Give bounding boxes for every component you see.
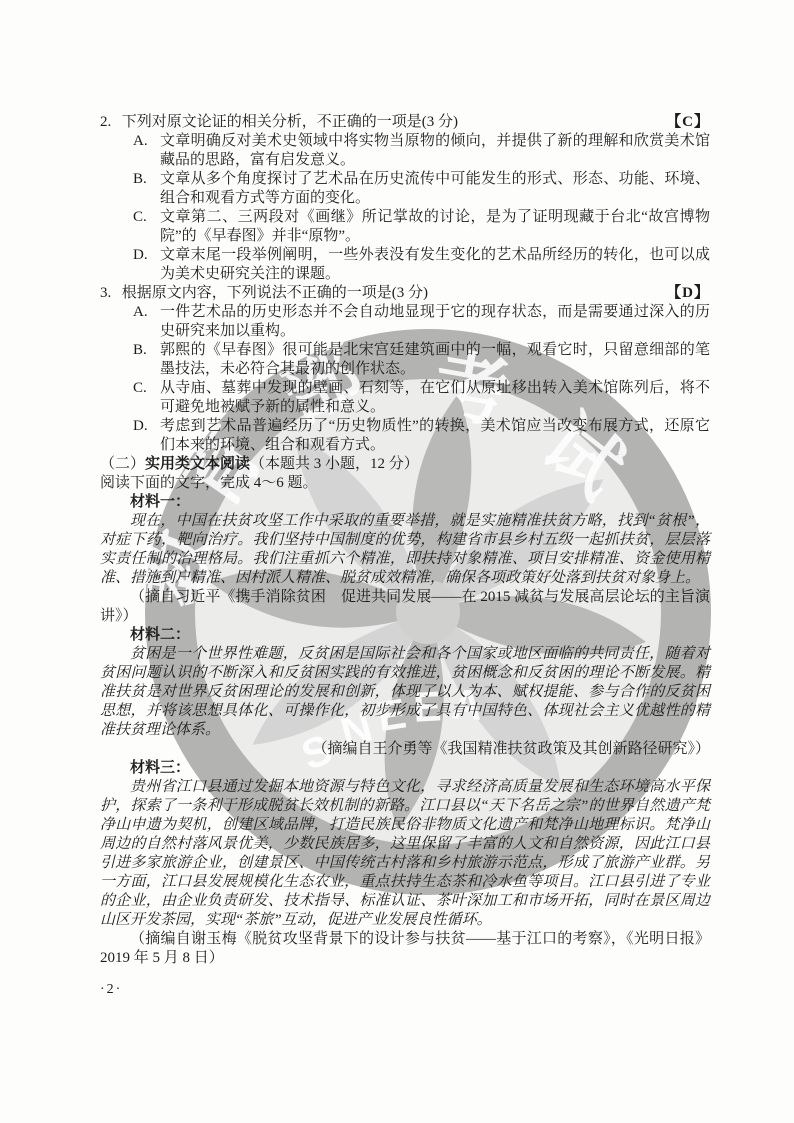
question-2-stem-text: 下列对原文论证的相关分析，不正确的一项是(3 分): [122, 114, 458, 130]
option-text: 一件艺术品的历史形态并不会自动地显现于它的现存状态，而是需要通过深入的历史研究来…: [160, 304, 710, 339]
option-label: A.: [133, 132, 148, 151]
material-2-attribution: （摘编自王介勇等《我国精准扶贫政策及其创新路径研究》）: [100, 740, 710, 759]
option-text: 文章从多个角度探讨了艺术品在历史流传中可能发生的形式、形态、功能、环境、组合和观…: [160, 171, 710, 206]
option-label: D.: [133, 246, 148, 265]
exam-page: 教 育 部 考 试 S N E E A 【C】 2. 下列对原文论证的相关分析，…: [0, 0, 794, 1123]
option-text: 文章明确反对美术史领域中将实物当原物的倾向，并提供了新的理解和欣赏美术馆藏品的思…: [160, 133, 710, 168]
option-text: 文章第二、三两段对《画继》所记掌故的讨论，是为了证明现藏于台北“故宫博物院”的《…: [160, 209, 710, 244]
material-3-title: 材料三：: [100, 759, 710, 778]
material-1-title: 材料一：: [100, 493, 710, 512]
question-2-option-b: B. 文章从多个角度探讨了艺术品在历史流传中可能发生的形式、形态、功能、环境、组…: [133, 170, 710, 208]
option-text: 文章末尾一段举例阐明，一些外表没有发生变化的艺术品所经历的转化，也可以成为美术史…: [160, 247, 710, 282]
option-label: C.: [133, 208, 147, 227]
question-3-option-c: C. 从寺庙、墓葬中发现的壁画、石刻等，在它们从原址移出转入美术馆陈列后，将不可…: [133, 379, 710, 417]
option-text: 考虑到艺术品普遍经历了“历史物质性”的转换，美术馆应当改变布展方式，还原它们本来…: [160, 418, 710, 453]
option-label: A.: [133, 303, 148, 322]
question-3-option-a: A. 一件艺术品的历史形态并不会自动地显现于它的现存状态，而是需要通过深入的历史…: [133, 303, 710, 341]
question-3-answer-key: 【D】: [666, 284, 710, 303]
section-title: 实用类文本阅读: [145, 456, 250, 472]
question-3-stem: 【D】 3. 根据原文内容，下列说法不正确的一项是(3 分): [100, 284, 710, 303]
material-3-body: 贵州省江口县通过发掘本地资源与特色文化，寻求经济高质量发展和生态环境高水平保护，…: [100, 778, 710, 930]
option-label: C.: [133, 379, 147, 398]
page-number: ·2·: [100, 982, 122, 998]
exam-content: 【C】 2. 下列对原文论证的相关分析，不正确的一项是(3 分) A. 文章明确…: [100, 113, 710, 968]
material-1-attribution: （摘自习近平《携手消除贫困 促进共同发展——在 2015 减贫与发展高层论坛的主…: [100, 588, 710, 626]
question-2-number: 2.: [100, 113, 118, 132]
question-2: 【C】 2. 下列对原文论证的相关分析，不正确的一项是(3 分) A. 文章明确…: [100, 113, 710, 284]
option-text: 从寺庙、墓葬中发现的壁画、石刻等，在它们从原址移出转入美术馆陈列后，将不可避免地…: [160, 380, 710, 415]
question-3-option-b: B. 郭熙的《早春图》很可能是北宋宫廷建筑画中的一幅，观看它时，只留意细部的笔墨…: [133, 341, 710, 379]
question-2-option-c: C. 文章第二、三两段对《画继》所记掌故的讨论，是为了证明现藏于台北“故宫博物院…: [133, 208, 710, 246]
question-3-option-d: D. 考虑到艺术品普遍经历了“历史物质性”的转换，美术馆应当改变布展方式，还原它…: [133, 417, 710, 455]
option-label: D.: [133, 417, 148, 436]
question-2-answer-key: 【C】: [666, 113, 710, 132]
option-label: B.: [133, 170, 147, 189]
section-suffix: （本题共 3 小题，12 分）: [250, 456, 419, 472]
section-instruction: 阅读下面的文字，完成 4～6 题。: [100, 474, 710, 493]
question-2-option-d: D. 文章末尾一段举例阐明，一些外表没有发生变化的艺术品所经历的转化，也可以成为…: [133, 246, 710, 284]
question-3: 【D】 3. 根据原文内容，下列说法不正确的一项是(3 分) A. 一件艺术品的…: [100, 284, 710, 455]
option-label: B.: [133, 341, 147, 360]
option-text: 郭熙的《早春图》很可能是北宋宫廷建筑画中的一幅，观看它时，只留意细部的笔墨技法，…: [160, 342, 710, 377]
question-3-stem-text: 根据原文内容，下列说法不正确的一项是(3 分): [122, 285, 428, 301]
material-2-body: 贫困是一个世界性难题，反贫困是国际社会和各个国家或地区面临的共同责任，随着对贫困…: [100, 645, 710, 740]
question-3-number: 3.: [100, 284, 118, 303]
section-prefix: （二）: [100, 456, 145, 472]
question-2-stem: 【C】 2. 下列对原文论证的相关分析，不正确的一项是(3 分): [100, 113, 710, 132]
material-3-attribution: （摘编自谢玉梅《脱贫攻坚背景下的设计参与扶贫——基于江口的考察》，《光明日报》2…: [100, 930, 710, 968]
material-1-body: 现在，中国在扶贫攻坚工作中采取的重要举措，就是实施精准扶贫方略，找到“贫根”，对…: [100, 512, 710, 588]
section-heading: （二）实用类文本阅读（本题共 3 小题，12 分）: [100, 455, 710, 474]
material-2-title: 材料二：: [100, 626, 710, 645]
question-2-option-a: A. 文章明确反对美术史领域中将实物当原物的倾向，并提供了新的理解和欣赏美术馆藏…: [133, 132, 710, 170]
